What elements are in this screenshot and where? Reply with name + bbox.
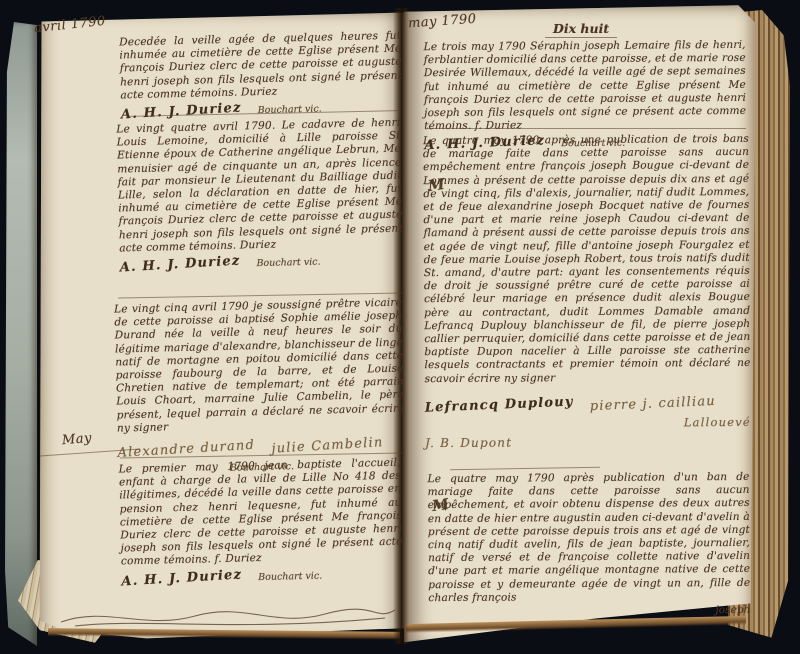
record-separator-line bbox=[428, 128, 746, 129]
signature-dupont: J. B. Dupont bbox=[425, 435, 512, 450]
record-text: Le premier may 1790 jean baptiste l'accu… bbox=[119, 457, 403, 569]
burial-record: Le premier may 1790 jean baptiste l'accu… bbox=[119, 457, 404, 587]
record-text: Le vingt quatre avril 1790. Le cadavre d… bbox=[116, 117, 403, 256]
folio-number: Dix huit bbox=[545, 21, 617, 38]
book-cover-edge bbox=[5, 22, 37, 646]
signature-lallouev: Lallouevé bbox=[684, 415, 751, 429]
photo-parish-register-spread: avril 1790 Decedée la veille agée de que… bbox=[0, 0, 800, 654]
record-text: Le vingt cinq avril 1790 je soussigné pr… bbox=[114, 297, 405, 436]
countersign-vicar: Bouchart vic. bbox=[256, 257, 320, 270]
margin-note-may: May bbox=[61, 431, 92, 449]
folio-header: Dix huit bbox=[545, 18, 617, 37]
marriage-record: Le quatre may 1790 après publication d'u… bbox=[427, 471, 750, 618]
record-text: Le quatre may 1790 après une publication… bbox=[423, 133, 751, 386]
baptism-record: Le vingt cinq avril 1790 je soussigné pr… bbox=[114, 297, 406, 478]
pen-flourish-scribble bbox=[55, 592, 400, 634]
catchword: joseph bbox=[428, 604, 750, 618]
countersign-vicar: Bouchart vic. bbox=[258, 104, 322, 117]
record-text: Decedée la veille agée de quelques heure… bbox=[119, 30, 403, 103]
record-text: Le quatre may 1790 après publication d'u… bbox=[427, 471, 750, 605]
burial-record: Decedée la veille agée de quelques heure… bbox=[119, 30, 403, 121]
burial-record: Le vingt quatre avril 1790. Le cadavre d… bbox=[116, 117, 404, 274]
marriage-record: Le quatre may 1790 après une publication… bbox=[423, 133, 751, 451]
record-text: Le trois may 1790 Séraphin joseph Lemair… bbox=[424, 39, 747, 134]
countersign-vicar: Bouchart vic. bbox=[258, 570, 322, 583]
